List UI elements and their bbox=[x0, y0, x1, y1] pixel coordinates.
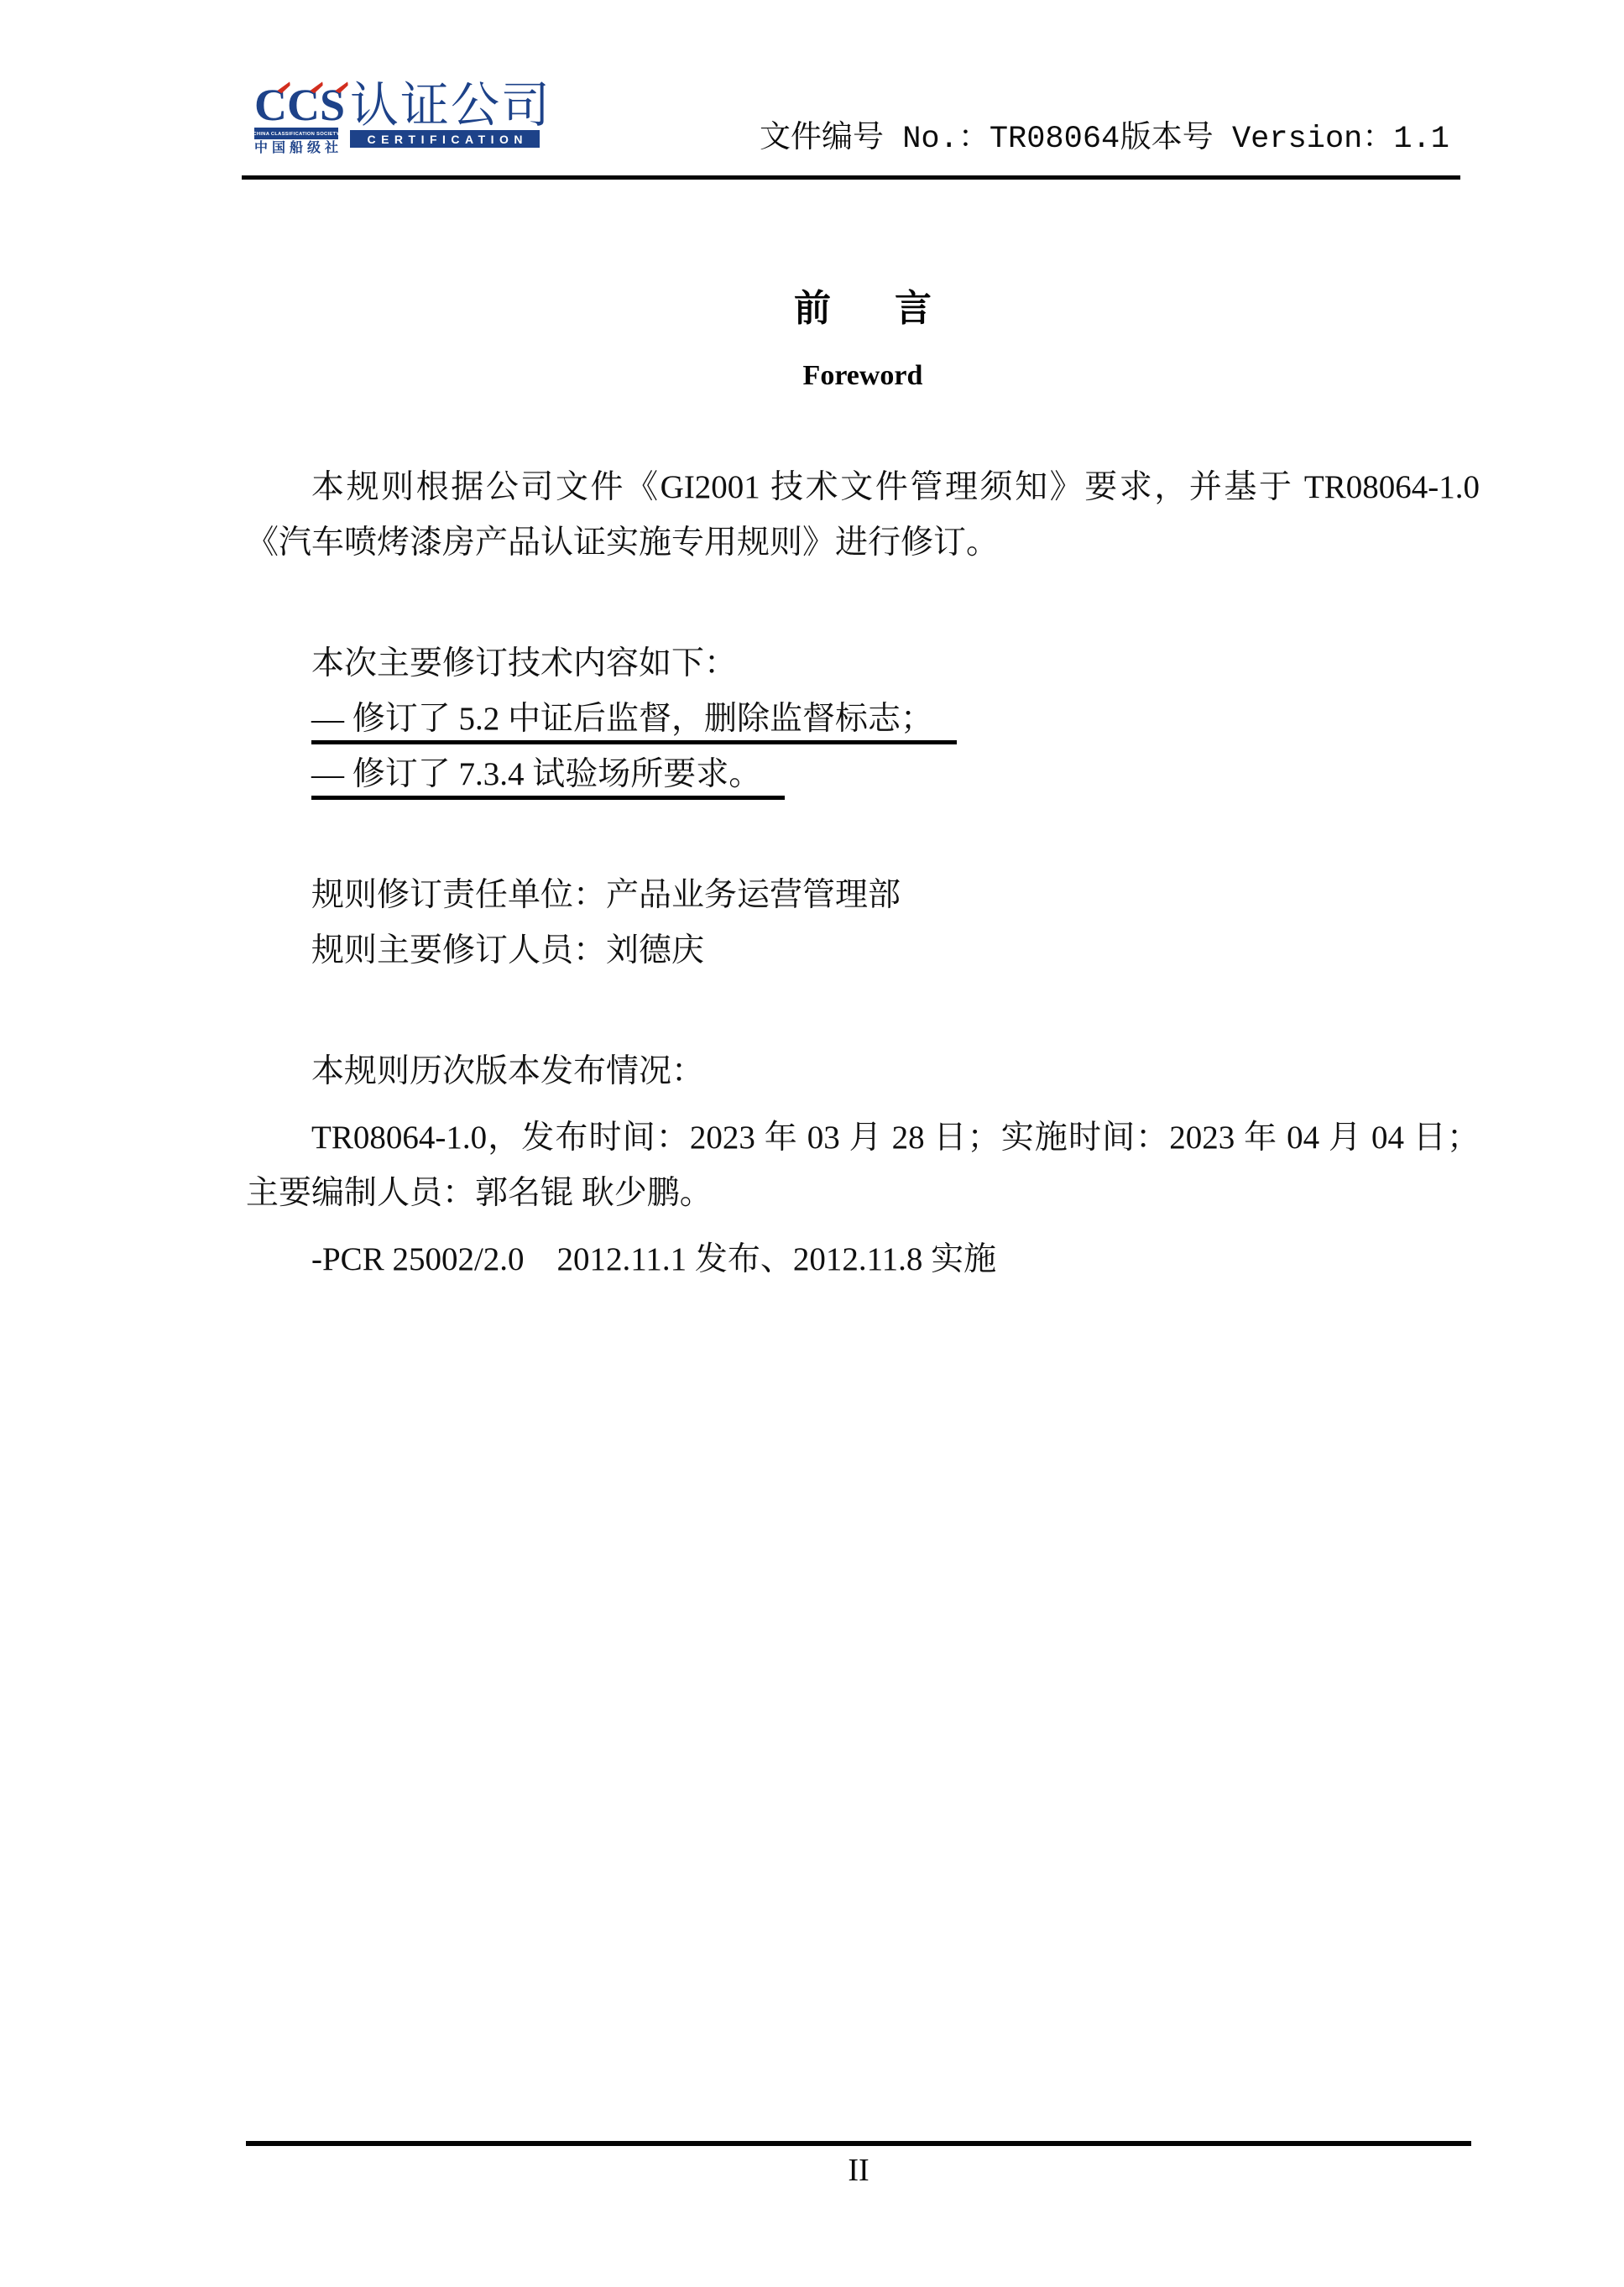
certification-bar: CERTIFICATION bbox=[350, 130, 540, 148]
paragraph: 本次主要修订技术内容如下： bbox=[246, 636, 1480, 692]
paragraph-list: 本规则根据公司文件《GI2001 技术文件管理须知》要求，并基于 TR08064… bbox=[246, 460, 1480, 1287]
ccs-letter: C bbox=[254, 85, 287, 125]
footer-rule bbox=[246, 2141, 1471, 2146]
paragraph: 本规则历次版本发布情况： bbox=[246, 1044, 1480, 1099]
ccs-letter: S bbox=[320, 85, 345, 125]
certification-cn: 认证公司 bbox=[350, 85, 551, 127]
version-number: 版本号 Version：1.1 bbox=[1120, 121, 1449, 158]
foreword-content: 前 言 Foreword 本规则根据公司文件《GI2001 技术文件管理须知》要… bbox=[246, 179, 1480, 1287]
revision-list-item: — 修订了 5.2 中证后监督，删除监督标志； bbox=[246, 692, 1480, 747]
ccs-logo: CCS CHINA CLASSIFICATION SOCIETY 中国船级社 认… bbox=[254, 85, 551, 156]
ccs-wordmark: CCS bbox=[254, 85, 338, 125]
underlined-text: — 修订了 5.2 中证后监督，删除监督标志； bbox=[311, 701, 957, 744]
paragraph: -PCR 25002/2.0 2012.11.1 发布、2012.11.8 实施 bbox=[246, 1232, 1480, 1287]
society-cn-char: 国 bbox=[272, 141, 285, 156]
paragraph: 本规则根据公司文件《GI2001 技术文件管理须知》要求，并基于 TR08064… bbox=[246, 460, 1480, 571]
paragraph: 规则修订责任单位：产品业务运营管理部 bbox=[246, 868, 1480, 923]
doc-number: 文件编号 No.：TR08064 bbox=[760, 121, 1120, 158]
page-title-cn: 前 言 bbox=[246, 285, 1480, 332]
ccs-letter: C bbox=[287, 85, 320, 125]
society-name-cn: 中国船级社 bbox=[254, 141, 338, 156]
page-number: II bbox=[246, 2150, 1471, 2190]
paragraph: TR08064-1.0，发布时间：2023 年 03 月 28 日；实施时间：2… bbox=[246, 1110, 1480, 1221]
document-meta: 文件编号 No.：TR08064 版本号 Version：1.1 bbox=[760, 121, 1449, 158]
paragraph: 规则主要修订人员：刘德庆 bbox=[246, 923, 1480, 979]
society-name-en: CHINA CLASSIFICATION SOCIETY bbox=[254, 131, 338, 136]
underlined-text: — 修订了 7.3.4 试验场所要求。 bbox=[311, 756, 785, 800]
society-cn-char: 级 bbox=[307, 141, 321, 156]
revision-list-item: — 修订了 7.3.4 试验场所要求。 bbox=[246, 747, 1480, 802]
ccs-logo-right: 认证公司 CERTIFICATION bbox=[350, 85, 551, 148]
page-title-en: Foreword bbox=[246, 358, 1480, 394]
certification-en: CERTIFICATION bbox=[362, 133, 528, 146]
society-cn-char: 中 bbox=[254, 141, 268, 156]
ccs-logo-left: CCS CHINA CLASSIFICATION SOCIETY 中国船级社 bbox=[254, 85, 338, 156]
document-page: CCS CHINA CLASSIFICATION SOCIETY 中国船级社 认… bbox=[0, 0, 1624, 2287]
society-cn-char: 社 bbox=[325, 141, 338, 156]
society-cn-char: 船 bbox=[290, 141, 303, 156]
